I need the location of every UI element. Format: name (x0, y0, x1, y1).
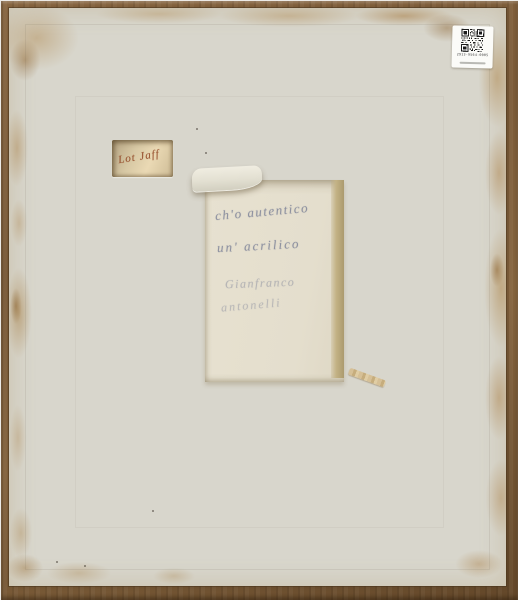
small-cutout-window: Lot Jaff (112, 140, 173, 177)
artist-signature: Lot Jaff (117, 148, 160, 166)
tape-fragment (348, 368, 386, 388)
photo-background: Lot Jaff ch'o autentico un' acrilico Gia… (0, 0, 518, 600)
inscription-line-4: antonelli (220, 295, 282, 315)
cutout-right-bevel (331, 180, 344, 378)
fly-speck (84, 565, 86, 567)
qr-code-icon (461, 29, 485, 53)
wood-frame: Lot Jaff ch'o autentico un' acrilico Gia… (1, 1, 518, 600)
inscription-line-1: ch'o autentico (214, 200, 309, 224)
fly-speck (152, 510, 154, 512)
fly-speck (56, 561, 58, 563)
backing-paper: Lot Jaff ch'o autentico un' acrilico Gia… (9, 8, 506, 586)
fly-speck (205, 152, 207, 154)
large-cutout-window: ch'o autentico un' acrilico Gianfranco a… (205, 180, 344, 382)
qr-sticker-subtext (459, 62, 485, 65)
inscription-line-2: un' acrilico (217, 236, 301, 256)
inscription-line-3: Gianfranco (225, 275, 296, 292)
qr-sticker-code: 2913-9564-0005 (456, 53, 488, 58)
qr-sticker: 2913-9564-0005 (451, 25, 493, 68)
fly-speck (196, 128, 198, 130)
